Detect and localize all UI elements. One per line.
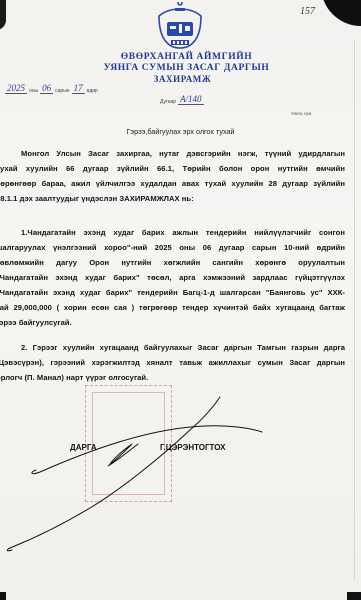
number-label: Дугаар	[160, 99, 176, 105]
item-1-line: тай 29,000,000 ( хорин есөн сая ) төгрөг…	[0, 300, 345, 315]
document-subject: Гэрээ,байгуулах эрх олгох тухай	[0, 127, 361, 136]
scan-shadow-top-right	[321, 0, 361, 26]
preamble-line: тухай хуулийн 66 дугаар зүйлийн 66.1, Тө…	[0, 161, 345, 176]
date-month-label: сарын	[55, 88, 69, 94]
document-number: Дугаар А/140	[160, 94, 204, 105]
date-month: 06	[40, 83, 53, 94]
scan-shadow-top-left	[0, 0, 6, 30]
date-year: 2025	[5, 83, 27, 94]
state-emblem-icon	[145, 2, 215, 54]
handwritten-page-number: 157	[300, 6, 315, 17]
scan-shadow-bottom-right	[347, 592, 361, 600]
preamble-line: хөрөнгөөр бараа, ажил үйлчилгээ худалдан…	[0, 176, 345, 191]
org-name-line2: УЯНГА СУМЫН ЗАСАГ ДАРГЫН	[6, 63, 361, 73]
item-1-line: "Чандагатайн эхэнд худаг барих" төсөл, а…	[0, 270, 345, 285]
date-day-label: өдөр	[87, 88, 98, 94]
item-2-line: 2. Гэрээг хуулийн хугацаанд байгуулахыг …	[0, 340, 345, 355]
item-2-line: орлогч (П. Манал) нарт үүрэг олгосугай.	[0, 370, 345, 385]
document-place: Уянга сум	[291, 111, 311, 116]
item-2-line: (Цэвэсүрэн), гэрээний хэрэгжилтэд хяналт…	[0, 355, 345, 370]
document-date: 2025 оны 06 сарын 17 өдөр	[5, 83, 98, 94]
scan-shadow-bottom-left	[0, 592, 6, 600]
item-1-line: гэрээ байгуулсугай.	[0, 315, 345, 330]
date-year-label: оны	[29, 88, 38, 94]
preamble-line: 28.1.1 дэх заалтуудыг үндэслэн ЗАХИРАМЖЛ…	[0, 191, 345, 206]
item-1-line: "Чандагатайн эхэнд худаг барих" тендерий…	[0, 285, 345, 300]
date-day: 17	[72, 83, 85, 94]
preamble-paragraph: Монгол Улсын Засаг захиргаа, нутаг дэвсг…	[0, 146, 345, 206]
preamble-line: Монгол Улсын Засаг захиргаа, нутаг дэвсг…	[0, 146, 345, 161]
item-2-paragraph: 2. Гэрээг хуулийн хугацаанд байгуулахыг …	[0, 340, 345, 385]
org-name-line1: ӨВӨРХАНГАЙ АЙМГИЙН	[6, 52, 361, 62]
item-1-line: шалгаруулах үнэлгээний хороо"-ний 2025 о…	[0, 240, 345, 255]
handwritten-signature-icon	[0, 390, 361, 560]
document-page: 157 ӨВӨРХАНГАЙ АЙМГИЙН УЯНГА СУМЫН ЗАСАГ…	[0, 0, 361, 600]
item-1-line: 1.Чандагатайн эхэнд худаг барих ажлын те…	[0, 225, 345, 240]
item-1-line: зөвлөмжийн дагуу Орон нутгийн хөгжлийн с…	[0, 255, 345, 270]
number-value: А/140	[178, 94, 204, 105]
item-1-paragraph: 1.Чандагатайн эхэнд худаг барих ажлын те…	[0, 225, 345, 330]
